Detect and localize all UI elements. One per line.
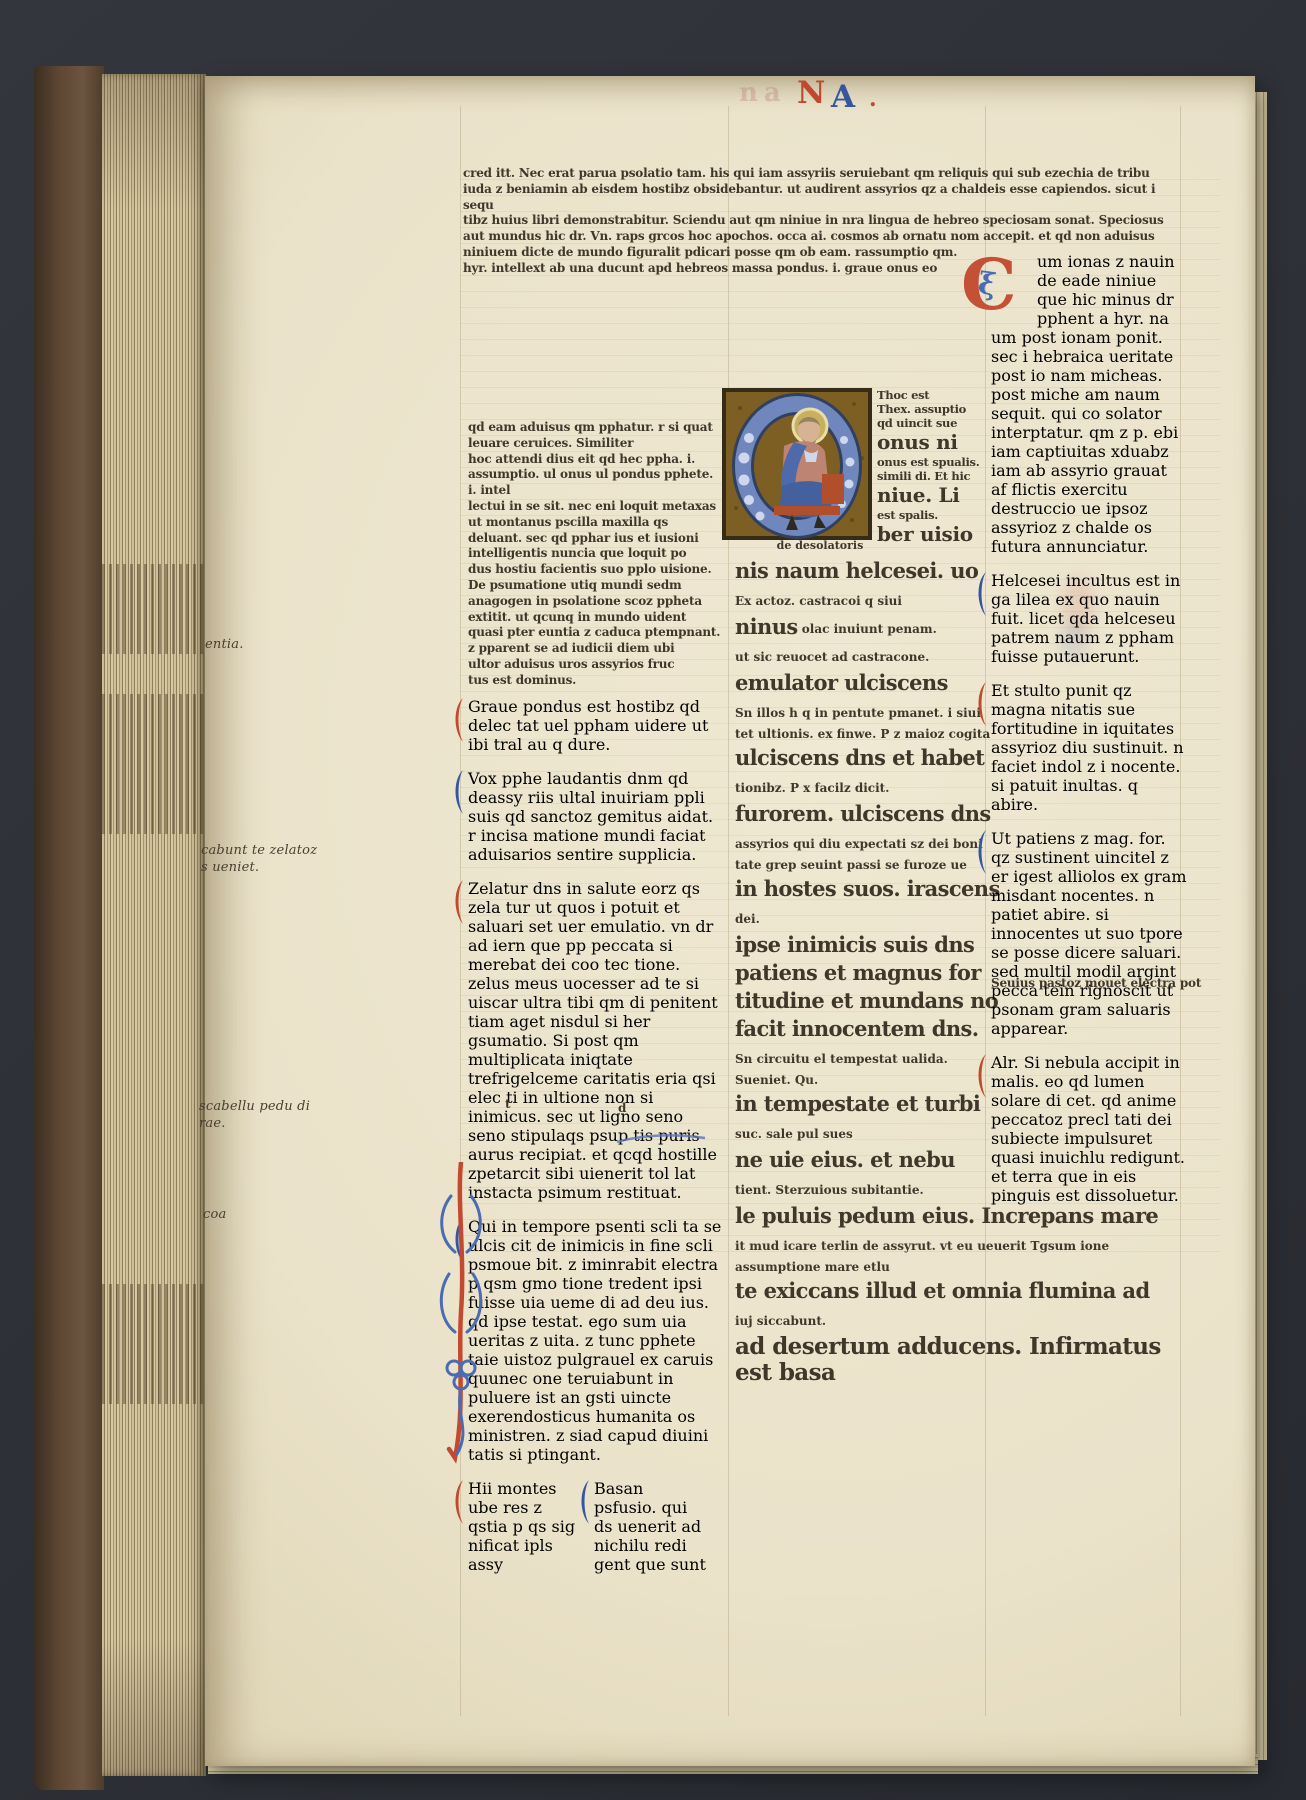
commentary-paragraph: Graue pondus est hostibz qd delec tat ue… — [468, 697, 722, 754]
initial-caption: de desolatoris — [750, 540, 890, 552]
left-bottom-two-columns: Hii montes ube res z qstia p qs sig nifi… — [468, 1479, 722, 1574]
paraph-mark — [974, 830, 988, 874]
page-edge-stack — [102, 74, 206, 1776]
paraph-mark — [451, 698, 465, 742]
paraph-mark — [451, 880, 465, 924]
lemma-text: nis naum helcesei. uo — [735, 558, 978, 583]
paragraph-text: um ionas z nauin de eade niniue que hic … — [991, 252, 1187, 556]
commentary-paragraph: um ionas z nauin de eade niniue que hic … — [991, 252, 1187, 556]
lemma-text: ulciscens dns et habet — [735, 745, 984, 770]
lemma-text: titudine et mundans no — [735, 988, 998, 1013]
paragraph-text: Hii montes ube res z qstia p qs sig nifi… — [468, 1479, 580, 1574]
margin-note-3: scabellu pedu di rae. — [199, 1098, 310, 1132]
manuscript-page: na N A . cred itt. Nec erat parua psolat… — [205, 76, 1255, 1766]
right-commentary-column: um ionas z nauin de eade niniue que hic … — [991, 252, 1187, 1220]
lemma-line: it mud icare terlin de assyrut. vt eu ue… — [735, 1231, 1195, 1276]
pen-flourish — [431, 1162, 491, 1472]
commentary-paragraph: Hii montes ube res z qstia p qs sig nifi… — [468, 1479, 580, 1574]
commentary-paragraph: Qui in tempore psenti scli ta se ulcis c… — [468, 1217, 722, 1464]
lemma-text: furorem. ulciscens dns — [735, 801, 991, 826]
lemma-text: ipse inimicis suis dns — [735, 932, 974, 957]
interlinear-gloss: Sn circuitu el tempestat ualida. Sueniet… — [735, 1052, 948, 1087]
running-header-letter-blue: A — [831, 82, 855, 113]
interlinear-gloss: olac inuiunt penam. — [798, 622, 937, 636]
interlinear-gloss: tionibz. P x facilz dicit. — [735, 781, 889, 795]
underlying-page-edges-right — [1253, 92, 1267, 1760]
paragraph-text: Zelatur dns in salute eorz qs zela tur u… — [468, 879, 722, 1202]
lemma-text: te exiccans illud et omnia flumina ad — [735, 1278, 1150, 1303]
paragraph-text: Et stulto punit qz magna nitatis sue for… — [991, 681, 1187, 814]
paraph-mark — [577, 1480, 591, 1524]
commentary-paragraph: Et stulto punit qz magna nitatis sue for… — [991, 681, 1187, 814]
margin-note-4: coa — [203, 1206, 226, 1223]
interlinear-gloss: Ex actoz. castracoi q siui — [735, 594, 902, 608]
paragraph-text: Vox pphe laudantis dnm qd deassy riis ul… — [468, 769, 722, 864]
offset-ghost-letters: na — [739, 80, 787, 106]
interlinear-gloss: ut sic reuocet ad castracone. — [735, 650, 929, 664]
bench — [774, 506, 840, 515]
lemma-text: ninus — [735, 614, 798, 639]
seat-back — [822, 474, 844, 504]
page-edge-cluster — [102, 564, 206, 654]
paragraph-text: Alr. Si nebula accipit in malis. eo qd l… — [991, 1053, 1187, 1205]
manuscript-photo: na N A . cred itt. Nec erat parua psolat… — [0, 0, 1306, 1800]
lemma-line: ad desertum adducens. Infirmatus est bas… — [735, 1334, 1195, 1386]
interlinear-gloss: Sn illos h q in pentute pmanet. i siui t… — [735, 706, 990, 741]
illuminated-initial-O — [722, 388, 872, 540]
paraph-mark — [974, 572, 988, 616]
commentary-paragraph: Zelatur dns in salute eorz qs zela tur u… — [468, 879, 722, 1202]
margin-note-1: entia. — [205, 636, 244, 653]
lemma-text: facit innocentem dns. — [735, 1016, 978, 1041]
interlinear-gloss: suc. sale pul sues — [735, 1127, 853, 1141]
lemma-line: iuj siccabunt. — [735, 1306, 1205, 1332]
left-commentary-column: qd eam aduisus qm pphatur. r si quat leu… — [468, 420, 722, 1574]
right-tail-gloss: Seuius pastoz mouet electra pot — [991, 976, 1211, 992]
lemma-text: in tempestate et turbi — [735, 1091, 980, 1116]
leather-binding-edge — [34, 66, 104, 1790]
intro-gloss: qd eam aduisus qm pphatur. r si quat leu… — [468, 420, 722, 689]
blue-stroke-mark — [615, 1132, 707, 1146]
interlinear-gloss: assyrios qui diu expectati sz dei boni t… — [735, 837, 983, 872]
lemma-line: te exiccans illud et omnia flumina ad — [735, 1278, 1195, 1304]
running-header-letter-red: N — [797, 78, 825, 109]
paraph-mark — [974, 1054, 988, 1098]
commentary-paragraph: Vox pphe laudantis dnm qd deassy riis ul… — [468, 769, 722, 864]
paragraph-text: Ut patiens z mag. for. qz sustinent uinc… — [991, 829, 1187, 1038]
paragraph-text: Qui in tempore psenti scli ta se ulcis c… — [468, 1217, 722, 1464]
commentary-paragraph: Ut patiens z mag. for. qz sustinent uinc… — [991, 829, 1187, 1038]
catchword-d: d — [618, 1102, 626, 1114]
page-edge-cluster — [102, 1284, 206, 1404]
lemma-text: ne uie eius. et nebu — [735, 1147, 955, 1172]
margin-note-2: cabunt te zelatoz s ueniet. — [201, 842, 317, 876]
interlinear-gloss: it mud icare terlin de assyrut. vt eu ue… — [735, 1239, 1109, 1274]
commentary-paragraph: Alr. Si nebula accipit in malis. eo qd l… — [991, 1053, 1187, 1205]
left-paragraph-list: Graue pondus est hostibz qd delec tat ue… — [468, 697, 722, 1464]
running-header-dot: . — [869, 88, 877, 110]
paragraph-text: Helcesei incultus est in ga lilea ex quo… — [991, 571, 1187, 666]
paragraph-text: Basan psfusio. qui ds uenerit ad nichilu… — [594, 1479, 706, 1574]
paragraph-text: Graue pondus est hostibz qd delec tat ue… — [468, 697, 722, 754]
lemma-text: in hostes suos. irascens — [735, 876, 1000, 901]
interlinear-gloss: tient. Sterzuious subitantie. — [735, 1183, 924, 1197]
lemma-text: emulator ulciscens — [735, 670, 948, 695]
catchword-t: t — [505, 1098, 511, 1110]
interlinear-gloss: dei. — [735, 912, 760, 926]
page-edge-cluster — [102, 694, 206, 834]
commentary-paragraph: Helcesei incultus est in ga lilea ex quo… — [991, 571, 1187, 666]
paraph-mark — [451, 1480, 465, 1524]
lemma-text: patiens et magnus for — [735, 960, 981, 985]
ruling-line — [728, 106, 729, 1716]
lemma-text: ad desertum adducens. Infirmatus est bas… — [735, 1333, 1161, 1386]
paraph-mark — [451, 770, 465, 814]
commentary-paragraph: Basan psfusio. qui ds uenerit ad nichilu… — [594, 1479, 706, 1574]
paraph-mark — [974, 682, 988, 726]
interlinear-gloss: iuj siccabunt. — [735, 1314, 826, 1328]
